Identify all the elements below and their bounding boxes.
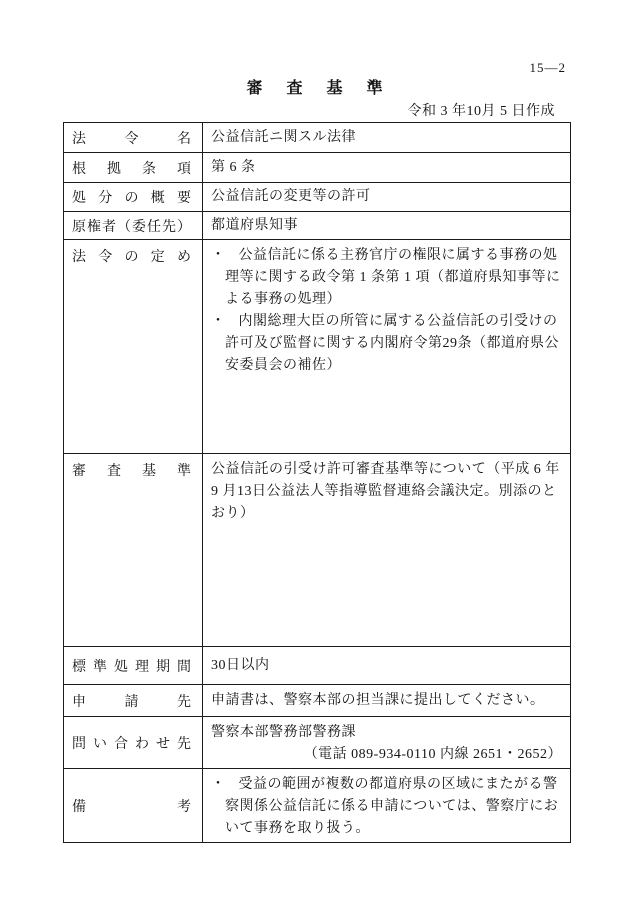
page-number: 15—2 <box>530 60 567 76</box>
label-cell-legal-provisions: 法令の定め <box>64 240 203 454</box>
row-remarks: 備考 ・受益の範囲が複数の都道府県の区域にまたがる警察関係公益信託に係る申請につ… <box>64 769 571 843</box>
value-cell-application-destination: 申請書は、警察本部の担当課に提出してください。 <box>203 685 571 717</box>
value-cell-authority-holder: 都道府県知事 <box>203 212 571 240</box>
row-disposition-summary: 処分の概要 公益信託の変更等の許可 <box>64 183 571 212</box>
row-application-destination: 申請先 申請書は、警察本部の担当課に提出してください。 <box>64 685 571 717</box>
label-cell-application-destination: 申請先 <box>64 685 203 717</box>
bullet-icon: ・ <box>211 314 226 329</box>
criteria-table: 法令名 公益信託ニ関スル法律 根拠条項 第 6 条 処分の概要 公益信託の変更等… <box>63 122 571 843</box>
row-label: 審査基準 <box>72 460 191 480</box>
row-legal-provisions: 法令の定め ・公益信託に係る主務官庁の権限に属する事務の処理等に関する政令第 1… <box>64 240 571 454</box>
value-cell-remarks: ・受益の範囲が複数の都道府県の区域にまたがる警察関係公益信託に係る申請については… <box>203 769 571 843</box>
value-cell-examination-criteria: 公益信託の引受け許可審査基準等について（平成 6 年 9 月13日公益法人等指導… <box>203 454 571 647</box>
value-cell-legal-provisions: ・公益信託に係る主務官庁の権限に属する事務の処理等に関する政令第 1 条第 1 … <box>203 240 571 454</box>
list-item: ・公益信託に係る主務官庁の権限に属する事務の処理等に関する政令第 1 条第 1 … <box>211 245 562 311</box>
label-cell-contact: 問い合わせ先 <box>64 717 203 769</box>
label-cell-law-name: 法令名 <box>64 123 203 153</box>
label-cell-examination-criteria: 審査基準 <box>64 454 203 647</box>
list-item: ・受益の範囲が複数の都道府県の区域にまたがる警察関係公益信託に係る申請については… <box>211 774 562 840</box>
label-cell-authority-holder: 原権者（委任先） <box>64 212 203 240</box>
value-cell-contact: 警察本部警務部警務課 （電話 089-934-0110 内線 2651・2652… <box>203 717 571 769</box>
row-label: 問い合わせ先 <box>72 733 191 753</box>
label-cell-disposition-summary: 処分の概要 <box>64 183 203 212</box>
value-cell-disposition-summary: 公益信託の変更等の許可 <box>203 183 571 212</box>
row-label: 原権者（委任先） <box>72 216 191 236</box>
list-item-text: 公益信託に係る主務官庁の権限に属する事務の処理等に関する政令第 1 条第 1 項… <box>225 248 561 307</box>
bullet-icon: ・ <box>211 248 226 263</box>
bullet-icon: ・ <box>211 777 226 792</box>
label-cell-remarks: 備考 <box>64 769 203 843</box>
row-standard-processing-period: 標準処理期間 30日以内 <box>64 647 571 685</box>
list-item: ・内閣総理大臣の所管に属する公益信託の引受けの許可及び監督に関する内閣府令第29… <box>211 311 562 377</box>
row-label: 処分の概要 <box>72 187 191 207</box>
value-cell-legal-basis: 第 6 条 <box>203 153 571 183</box>
value-cell-law-name: 公益信託ニ関スル法律 <box>203 123 571 153</box>
document-title: 審 査 基 準 <box>63 75 570 98</box>
row-contact: 問い合わせ先 警察本部警務部警務課 （電話 089-934-0110 内線 26… <box>64 717 571 769</box>
row-label: 申請先 <box>72 691 191 711</box>
label-cell-legal-basis: 根拠条項 <box>64 153 203 183</box>
row-label: 法令の定め <box>72 246 191 266</box>
list-item-text: 受益の範囲が複数の都道府県の区域にまたがる警察関係公益信託に係る申請については、… <box>225 777 558 836</box>
row-label: 標準処理期間 <box>72 656 191 676</box>
row-label: 備考 <box>72 796 191 816</box>
row-label: 根拠条項 <box>72 158 191 178</box>
created-date: 令和 3 年10月 5 日作成 <box>63 100 570 120</box>
label-cell-standard-processing-period: 標準処理期間 <box>64 647 203 685</box>
contact-phone: （電話 089-934-0110 内線 2651・2652） <box>211 744 562 766</box>
value-cell-standard-processing-period: 30日以内 <box>203 647 571 685</box>
list-item-text: 内閣総理大臣の所管に属する公益信託の引受けの許可及び監督に関する内閣府令第29条… <box>225 314 559 373</box>
row-label: 法令名 <box>72 128 191 148</box>
document-page: 15—2 審 査 基 準 令和 3 年10月 5 日作成 法令名 公益信託ニ関ス… <box>0 0 630 903</box>
row-legal-basis: 根拠条項 第 6 条 <box>64 153 571 183</box>
row-examination-criteria: 審査基準 公益信託の引受け許可審査基準等について（平成 6 年 9 月13日公益… <box>64 454 571 647</box>
row-law-name: 法令名 公益信託ニ関スル法律 <box>64 123 571 153</box>
row-authority-holder: 原権者（委任先） 都道府県知事 <box>64 212 571 240</box>
contact-department: 警察本部警務部警務課 <box>211 722 562 744</box>
